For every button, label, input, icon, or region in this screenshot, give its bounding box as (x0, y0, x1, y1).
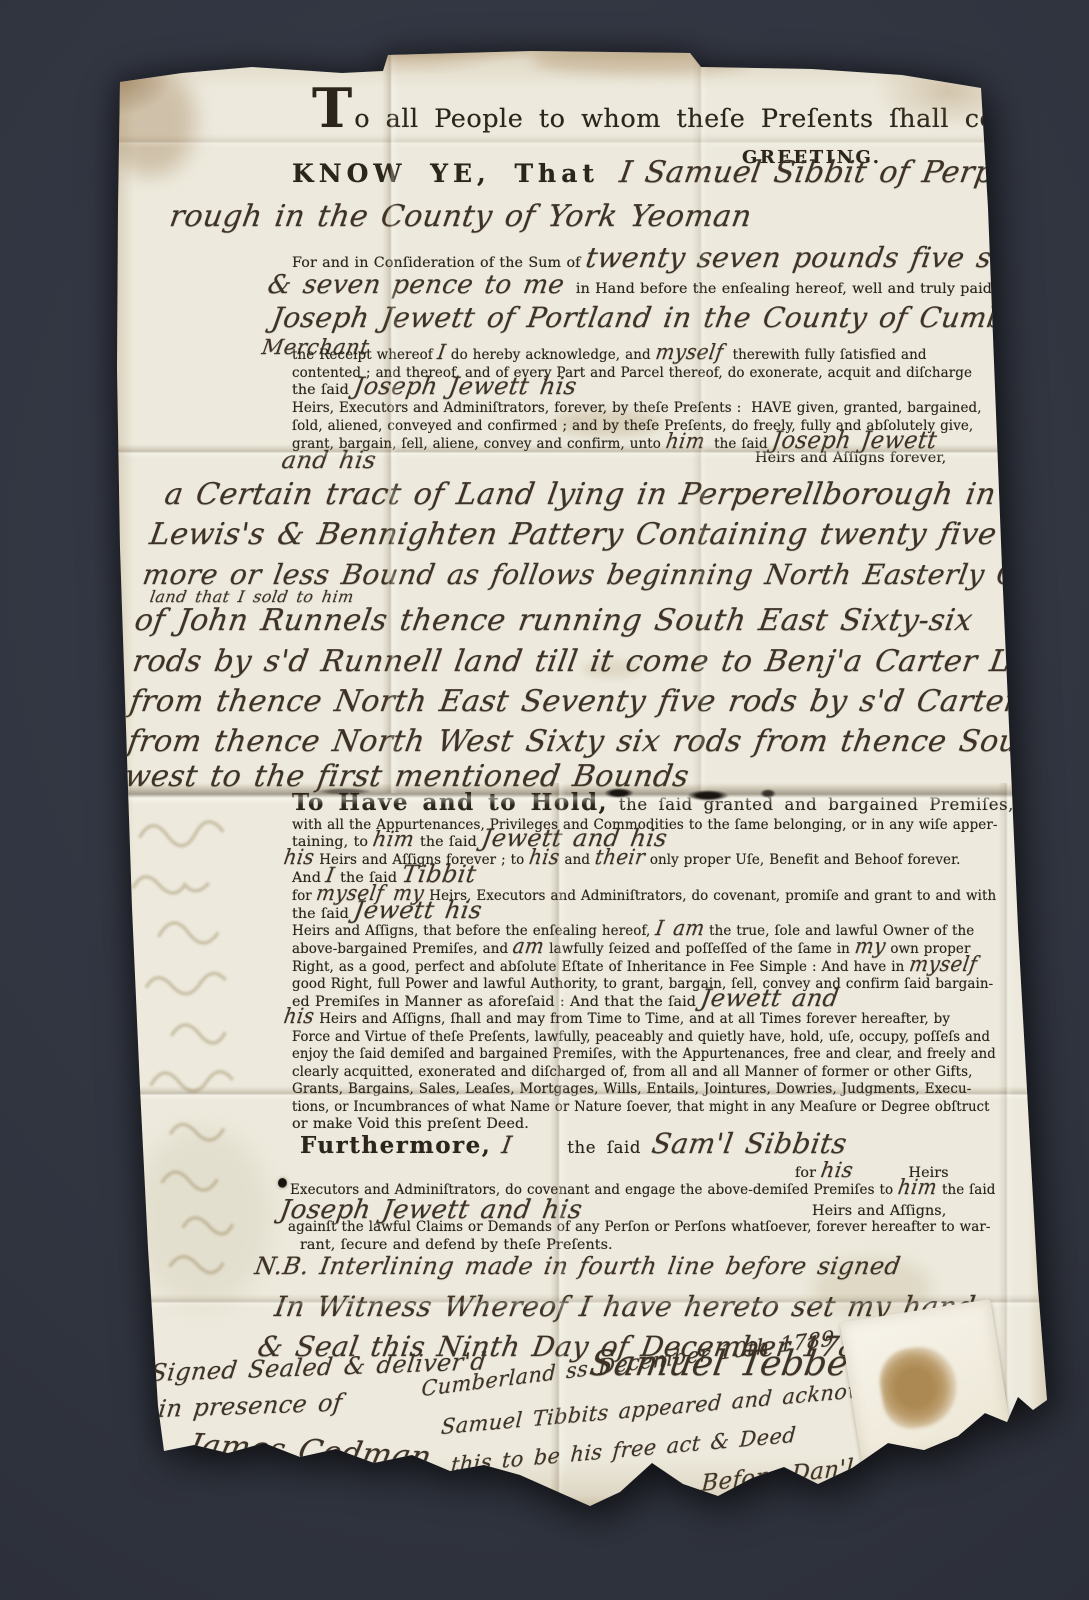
doc-line: his Heirs and Aſſigns forever ; to his a… (284, 851, 961, 869)
doc-line: Lewis's & Bennighten Pattery Containing … (150, 518, 1089, 552)
printed-text: good Right, full Power and lawful Author… (292, 976, 993, 992)
seal-wafer-stain (875, 1342, 963, 1433)
printed-text: the ſaid (292, 906, 354, 922)
printed-text: Heirs and Aſſigns forever, (755, 450, 946, 466)
handwritten-text: from thence North West Sixty six rods fr… (125, 725, 1053, 759)
printed-text: Heirs and Aſſigns, ſhall and may from Ti… (314, 1011, 950, 1027)
doc-line: in presence of (158, 1390, 343, 1423)
printed-text: Force and Virtue of theſe Preſents, lawf… (292, 1029, 990, 1045)
pin-hole (278, 1178, 287, 1188)
printed-text: the ſaid (567, 1138, 652, 1157)
doc-line: good Right, full Power and lawful Author… (292, 975, 993, 993)
handwritten-text: Abraham Lewit (206, 1466, 438, 1505)
doc-line: Heirs and Aſſigns forever, (755, 449, 946, 467)
seal-wafer (840, 1299, 1012, 1463)
heading-line: To all People to whom theſe Preſents ſha… (312, 84, 1044, 134)
doc-line: Heirs, Executors and Adminiſtrators, for… (292, 399, 982, 417)
doc-line: tions, or Incumbrances of what Name or N… (292, 1098, 989, 1116)
doc-line: and his (282, 447, 376, 474)
furthermore-line: Furthermore, Ithe ſaid Sam'l Sibbits (300, 1133, 847, 1159)
printed-text: for (795, 1165, 821, 1181)
handwritten-text: a Certain tract of Land lying in Perpere… (162, 478, 998, 512)
handwritten-text: James Codman (185, 1428, 434, 1475)
grantor-residence-line: rough in the County of York Yeoman (170, 200, 751, 234)
document-text-layer: To all People to whom theſe Preſents ſha… (112, 48, 1052, 1513)
doc-line: againſt the lawful Claims or Demands of … (288, 1218, 991, 1236)
printed-text: or make Void this preſent Deed. (292, 1116, 529, 1132)
printed-text: Grants, Bargains, Sales, Leaſes, Mortgag… (292, 1081, 971, 1097)
printed-text: rant, ſecure and defend by theſe Preſent… (300, 1237, 613, 1253)
fold-wear-blob (760, 789, 776, 798)
printed-text: againſt the lawful Claims or Demands of … (288, 1219, 991, 1235)
printed-text: for (292, 888, 317, 904)
doc-line: more or less Bound as follows beginning … (143, 559, 1089, 590)
habendum-opening-line: To Have and to Hold, the ſaid granted an… (292, 790, 1014, 816)
printed-text: tions, or Incumbrances of what Name or N… (292, 1099, 989, 1115)
printed-text: therewith fully ſatisfied and (733, 347, 927, 363)
doc-line: clearly acquitted, exonerated and diſcha… (292, 1063, 972, 1081)
doc-line: rods by s'd Runnell land till it come to… (133, 645, 1068, 679)
handwritten-text: in presence of (157, 1390, 344, 1423)
printed-text: KNOW YE, That (292, 159, 599, 188)
printed-text: the ſaid (292, 382, 354, 398)
printed-text: in Hand before the enſealing hereof, wel… (576, 281, 1015, 297)
printed-text: Heirs, Executors and Adminiſtrators, for… (292, 400, 982, 416)
paper-shadow-wrap: To all People to whom theſe Preſents ſha… (0, 0, 1089, 1600)
interlining-note: N.B. Interlining made in fourth line bef… (255, 1253, 900, 1280)
printed-text: the ſaid (937, 1182, 995, 1198)
printed-text: lawfully ſeized and poſſeſſed of the ſam… (544, 941, 854, 957)
printed-text: the ſaid granted and bargained Premiſes, (608, 795, 1014, 814)
printed-text: o all People to whom theſe Preſents ſhal… (354, 104, 1044, 134)
printed-text: Furthermore, (300, 1132, 491, 1159)
printed-text: above-bargained Premiſes, and (292, 941, 513, 957)
doc-line: Force and Virtue of theſe Preſents, lawf… (292, 1028, 990, 1046)
handwritten-text: more or less Bound as follows beginning … (141, 559, 1089, 590)
witness-james-codman: James Codman (188, 1428, 432, 1475)
handwritten-text: from thence North East Seventy five rods… (127, 685, 1089, 719)
doc-line: ed Premiſes in Manner as aforeſaid : And… (292, 993, 839, 1011)
doc-line: the ſaid Jewett his (292, 905, 482, 923)
handwritten-text: N.B. Interlining made in fourth line bef… (253, 1253, 903, 1280)
printed-text: Heirs, Executors and Adminiſtrators, do … (424, 888, 996, 904)
handwritten-text: rough in the County of York Yeoman (167, 200, 754, 234)
printed-text: and (560, 852, 595, 868)
printed-text: Heirs and Aſſigns, that before the enſea… (292, 923, 655, 939)
doc-line: Grants, Bargains, Sales, Leaſes, Mortgag… (292, 1080, 971, 1098)
witness-abraham-lewit: Abraham Lewit (209, 1466, 436, 1505)
doc-line: Right, as a good, perfect and abſolute E… (292, 958, 977, 976)
doc-line: from thence North East Seventy five rods… (130, 685, 1089, 719)
printed-text: the ſaid (415, 834, 482, 850)
doc-line: his Heirs and Aſſigns, ſhall and may fro… (284, 1010, 950, 1028)
doc-line: the Receipt whereof I do hereby acknowle… (292, 346, 927, 364)
printed-text: For and in Conſideration of the Sum of (292, 255, 586, 271)
printed-text: clearly acquitted, exonerated and diſcha… (292, 1064, 972, 1080)
doc-line: of John Runnels thence running South Eas… (135, 604, 972, 638)
printed-text: Heirs and Aſſigns, (812, 1203, 946, 1219)
doc-line: & seven pence to me in Hand before the e… (268, 280, 1015, 298)
grantee-line: Joseph Jewett of Portland in the County … (272, 302, 1089, 333)
doc-line: from thence North West Sixty six rods fr… (128, 725, 1051, 759)
doc-line: enjoy the ſaid demiſed and bargained Pre… (292, 1045, 996, 1063)
handwritten-text: Lewis's & Bennighten Pattery Containing … (147, 518, 1089, 552)
doc-line: the ſaid Joseph Jewett his (292, 381, 577, 399)
know-ye-line: KNOW YE, That I Samuel Sibbit of Perpere… (292, 160, 1089, 188)
ink-flourish (855, 1484, 1048, 1544)
fold-wear-blob (687, 790, 729, 801)
fold-wear-smear (317, 788, 372, 795)
printed-text: the Receipt whereof (292, 347, 438, 363)
drop-cap-T: T (312, 76, 354, 140)
doc-line: above-bargained Premiſes, and am lawfull… (292, 940, 970, 958)
printed-text: ed Premiſes in Manner as aforeſaid : And… (292, 994, 701, 1010)
land-description-line: a Certain tract of Land lying in Perpere… (165, 478, 996, 512)
printed-text: the true, ſole and lawful Owner of the (704, 923, 974, 939)
printed-text: Right, as a good, perfect and abſolute E… (292, 959, 909, 975)
deed-document-paper: To all People to whom theſe Preſents ſha… (112, 48, 1052, 1513)
printed-text: do hereby acknowledge, and (446, 347, 656, 363)
photo-background: To all People to whom theſe Preſents ſha… (0, 0, 1089, 1600)
handwritten-text: rods by s'd Runnell land till it come to… (130, 645, 1070, 679)
handwritten-text: and his (280, 447, 378, 474)
printed-text: only proper Uſe, Benefit and Behoof fore… (645, 852, 961, 868)
printed-text: enjoy the ſaid demiſed and bargained Pre… (292, 1046, 996, 1062)
handwritten-text: Joseph Jewett of Portland in the County … (270, 302, 1089, 333)
fold-wear-blob (604, 788, 634, 798)
handwritten-text: of John Runnels thence running South Eas… (132, 604, 975, 638)
